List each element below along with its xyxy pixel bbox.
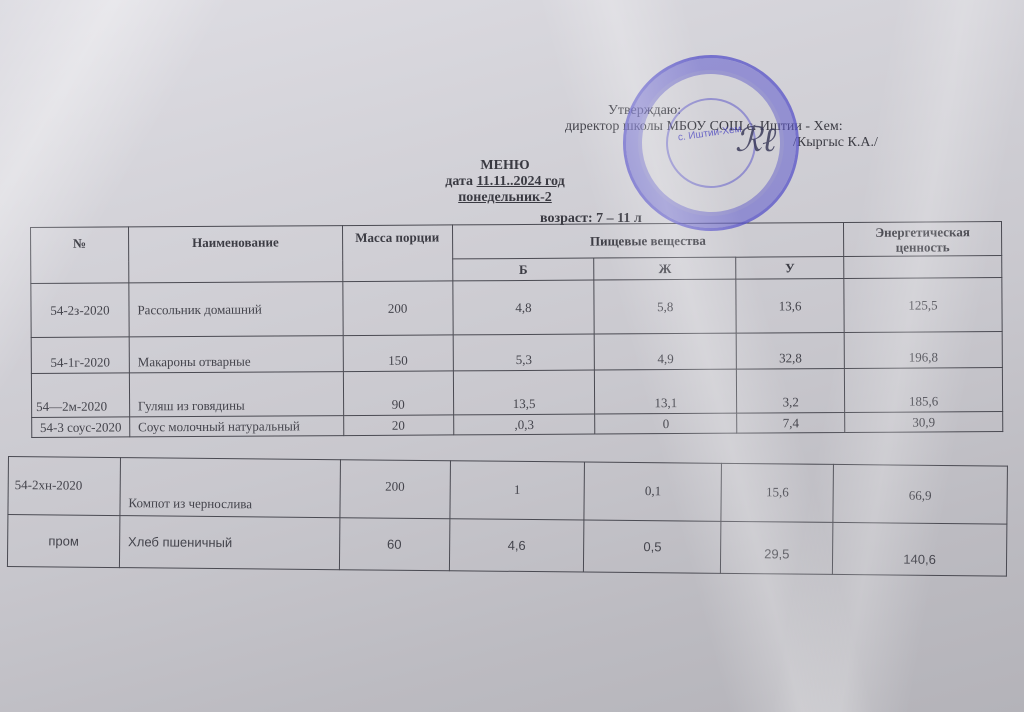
cell-name: Рассольник домашний bbox=[129, 282, 343, 337]
cell-fat: 0 bbox=[595, 413, 737, 434]
col-mass: Масса порции bbox=[342, 225, 452, 282]
col-number: № bbox=[31, 227, 129, 284]
col-nutrients: Пищевые вещества bbox=[452, 223, 844, 259]
cell-name: Хлеб пшеничный bbox=[119, 516, 339, 570]
cell-carbs: 15,6 bbox=[721, 463, 833, 522]
cell-code: 54—2м-2020 bbox=[31, 373, 129, 418]
col-name: Наименование bbox=[128, 226, 342, 283]
cell-protein: 5,3 bbox=[453, 334, 595, 371]
col-energy: Энергетическая ценность bbox=[844, 222, 1002, 257]
cell-protein: 1 bbox=[450, 461, 585, 520]
cell-code: 54-1г-2020 bbox=[31, 337, 129, 374]
cell-mass: 200 bbox=[343, 281, 453, 336]
col-protein: Б bbox=[452, 258, 594, 281]
cell-mass: 20 bbox=[343, 415, 453, 436]
cell-mass: 200 bbox=[340, 460, 450, 519]
cell-name: Гуляш из говядины bbox=[129, 372, 343, 417]
cell-mass: 150 bbox=[343, 335, 453, 372]
cell-code: 54-3 соус-2020 bbox=[32, 417, 130, 438]
cell-fat: 4,9 bbox=[595, 333, 737, 370]
table-row: 54—2м-2020 Гуляш из говядины 90 13,5 13,… bbox=[31, 368, 1002, 418]
cell-code: 54-2з-2020 bbox=[31, 283, 129, 338]
col-fat: Ж bbox=[594, 257, 736, 280]
cell-protein: 4,6 bbox=[449, 519, 584, 572]
cell-name: Макароны отварные bbox=[129, 336, 343, 373]
menu-table: № Наименование Масса порции Пищевые веще… bbox=[30, 221, 1003, 438]
cell-code: 54-2хн-2020 bbox=[8, 457, 120, 516]
cell-carbs: 32,8 bbox=[736, 333, 844, 370]
cell-energy: 66,9 bbox=[833, 464, 1007, 524]
cell-carbs: 13,6 bbox=[736, 279, 844, 334]
cell-mass: 60 bbox=[339, 518, 449, 571]
date-label: дата bbox=[445, 174, 473, 189]
table-row: пром Хлеб пшеничный 60 4,6 0,5 29,5 140,… bbox=[7, 515, 1006, 577]
cell-energy: 196,8 bbox=[844, 332, 1002, 369]
cell-energy: 140,6 bbox=[833, 522, 1007, 576]
table-row: 54-2хн-2020 Компот из чернослива 200 1 0… bbox=[8, 457, 1008, 525]
cell-carbs: 29,5 bbox=[721, 521, 833, 574]
cell-protein: 13,5 bbox=[453, 370, 595, 415]
cell-energy: 185,6 bbox=[844, 368, 1002, 413]
cell-energy: 125,5 bbox=[844, 278, 1002, 333]
cell-fat: 13,1 bbox=[595, 369, 737, 414]
table-row: 54-2з-2020 Рассольник домашний 200 4,8 5… bbox=[31, 278, 1002, 338]
cell-code: пром bbox=[7, 515, 119, 568]
table-row: 54-1г-2020 Макароны отварные 150 5,3 4,9… bbox=[31, 332, 1002, 374]
cell-name: Компот из чернослива bbox=[120, 458, 340, 518]
cell-protein: ,0,3 bbox=[453, 414, 595, 435]
extra-items-table: 54-2хн-2020 Компот из чернослива 200 1 0… bbox=[7, 456, 1008, 577]
cell-protein: 4,8 bbox=[452, 280, 594, 335]
cell-fat: 0,5 bbox=[584, 520, 721, 573]
cell-mass: 90 bbox=[343, 371, 453, 416]
menu-title-block: МЕНЮ дата 11.11..2024 год понедельник-2 bbox=[380, 158, 630, 206]
cell-carbs: 3,2 bbox=[737, 369, 845, 414]
cell-fat: 5,8 bbox=[594, 279, 736, 334]
page-title: МЕНЮ bbox=[380, 158, 630, 174]
cell-fat: 0,1 bbox=[584, 462, 721, 521]
director-signature: ℛℓ bbox=[735, 120, 776, 160]
cell-carbs: 7,4 bbox=[737, 413, 845, 434]
cell-energy: 30,9 bbox=[845, 412, 1003, 433]
menu-date: дата 11.11..2024 год bbox=[380, 174, 630, 190]
col-carbs: У bbox=[736, 257, 844, 280]
menu-day: понедельник-2 bbox=[380, 190, 630, 206]
col-energy-sub bbox=[844, 256, 1002, 279]
date-value: 11.11..2024 год bbox=[477, 174, 565, 189]
cell-name: Соус молочный натуральный bbox=[130, 416, 344, 437]
